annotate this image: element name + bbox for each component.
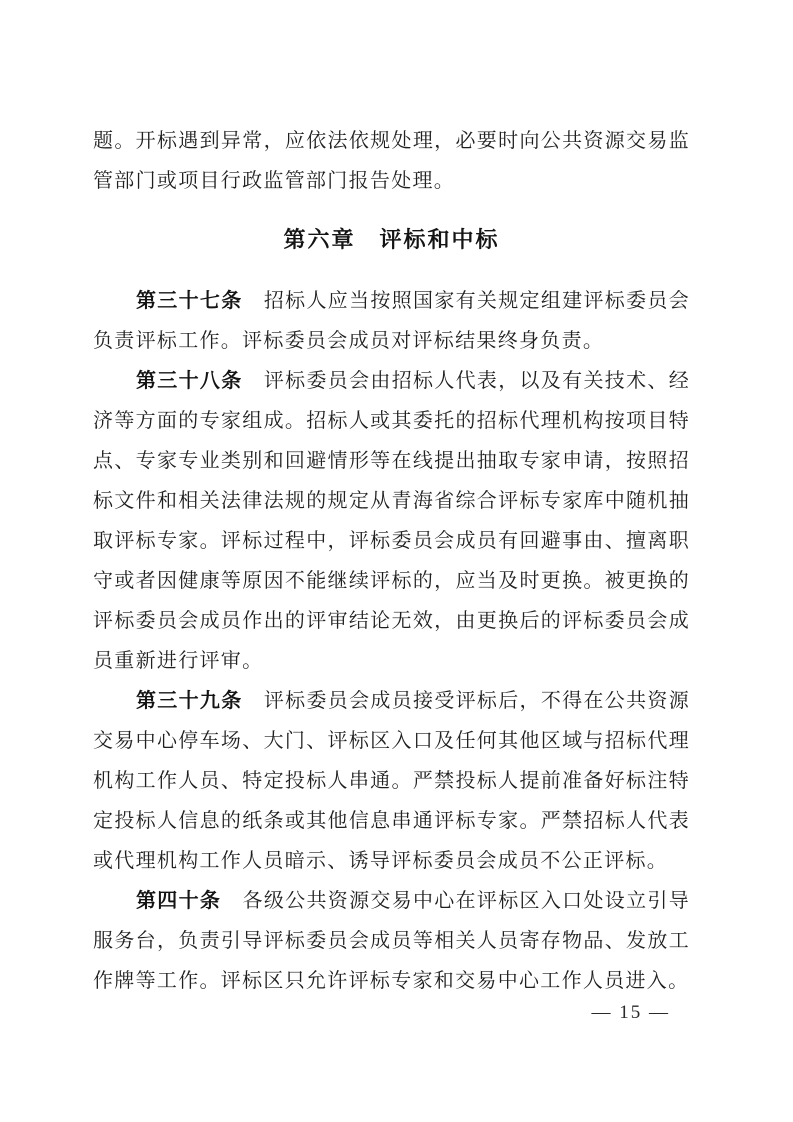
- article-text: 评标委员会由招标人代表，以及有关技术、经济等方面的专家组成。招标人或其委托的招标…: [93, 370, 690, 672]
- article-paragraphs: 第三十七条 招标人应当按照国家有关规定组建评标委员会负责评标工作。评标委员会成员…: [93, 281, 690, 1001]
- article-number: 第三十八条: [136, 370, 243, 392]
- article-number: 第三十九条: [136, 690, 243, 712]
- article-paragraph: 第三十七条 招标人应当按照国家有关规定组建评标委员会负责评标工作。评标委员会成员…: [93, 281, 690, 361]
- article-number: 第四十条: [136, 890, 221, 912]
- article-text: 评标委员会成员接受评标后，不得在公共资源交易中心停车场、大门、评标区入口及任何其…: [93, 690, 690, 872]
- document-page: 题。开标遇到异常，应依法依规处理，必要时向公共资源交易监管部门或项目行政监管部门…: [0, 0, 793, 1122]
- article-paragraph: 第三十九条 评标委员会成员接受评标后，不得在公共资源交易中心停车场、大门、评标区…: [93, 681, 690, 881]
- article-number: 第三十七条: [136, 290, 243, 312]
- article-paragraph: 第四十条 各级公共资源交易中心在评标区入口处设立引导服务台，负责引导评标委员会成…: [93, 881, 690, 1001]
- article-paragraph: 第三十八条 评标委员会由招标人代表，以及有关技术、经济等方面的专家组成。招标人或…: [93, 361, 690, 681]
- document-content: 题。开标遇到异常，应依法依规处理，必要时向公共资源交易监管部门或项目行政监管部门…: [93, 121, 690, 1001]
- page-number: — 15 —: [592, 1002, 671, 1024]
- chapter-heading: 第六章 评标和中标: [93, 219, 690, 261]
- continuation-paragraph: 题。开标遇到异常，应依法依规处理，必要时向公共资源交易监管部门或项目行政监管部门…: [93, 121, 690, 201]
